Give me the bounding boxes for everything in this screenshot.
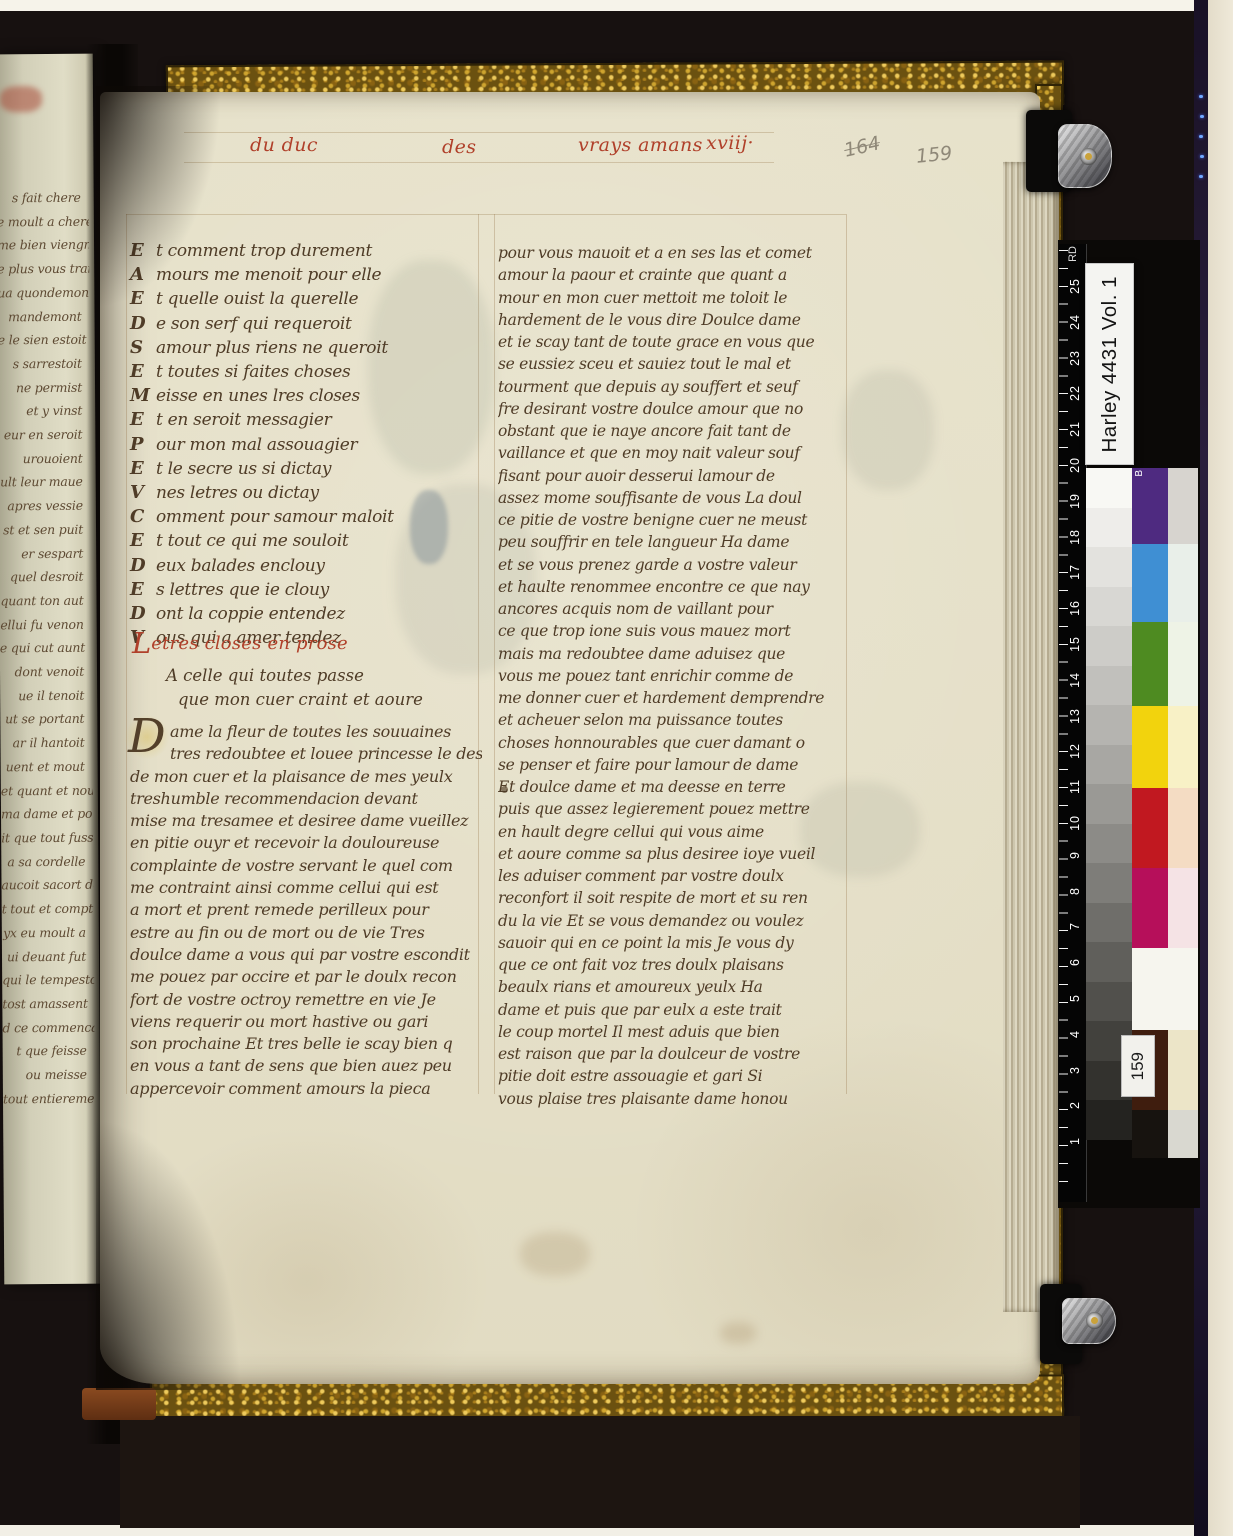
drop-cap: D <box>124 715 170 759</box>
clip-head-bottom <box>1062 1298 1116 1344</box>
prose-line: tres redoubtee et louee princesse le des… <box>130 743 482 765</box>
prose-line: fort de vostre octroy remettre en vie Je <box>130 989 482 1011</box>
ruler-number: 19 <box>1068 493 1082 509</box>
prose-line: ce pitie de vostre benigne cuer ne meust <box>498 509 850 531</box>
tint-patch-blue <box>1168 544 1198 622</box>
fragment-line: uent et mout <box>1 755 93 779</box>
prose-line: pitie doit estre assouagie et gari Si <box>498 1065 850 1087</box>
verso-text-fragments: s fait cheree moult a chereme bien vieng… <box>0 186 95 1111</box>
fragment-line: ou meisse <box>3 1063 95 1087</box>
stain <box>720 1322 756 1344</box>
ruler-number: 8 <box>1068 887 1082 895</box>
prose-line: en vous a tant de sens que bien auez peu <box>130 1055 482 1077</box>
ruler-number: 22 <box>1068 385 1082 401</box>
fragment-line: ui deuant fut <box>2 944 94 968</box>
tint-patch-magenta <box>1168 868 1198 948</box>
tint-patch-white <box>1168 948 1198 1030</box>
prose-line: treshumble recommendacion devant <box>130 788 482 810</box>
ruler-number: 5 <box>1068 994 1082 1002</box>
prose-right-block: pour vous mauoit et a en ses las et come… <box>498 242 850 1110</box>
grayscale-step <box>1086 626 1132 666</box>
grayscale-step <box>1086 666 1132 706</box>
ruler-number: 21 <box>1068 421 1082 437</box>
fragment-line: s fait chere <box>0 186 89 210</box>
fragment-line: ult leur maue <box>0 470 91 494</box>
prose-line: hardement de le vous dire Doulce dame <box>498 309 850 331</box>
fragment-line: yx eu moult a <box>2 920 94 944</box>
prose-line: peu souffrir en tele langueur Ha dame <box>498 531 850 553</box>
stain <box>842 370 934 490</box>
color-patch-yellow <box>1132 706 1168 788</box>
rubric: Letres closes en prose <box>132 633 348 654</box>
prose-line: complainte de vostre servant le quel com <box>130 855 482 877</box>
prose-left-block: D ame la fleur de toutes les souuainestr… <box>130 721 482 1100</box>
fragment-line: ue il tenoit <box>0 683 92 707</box>
folio-number-crossed-out: 164 <box>842 132 882 162</box>
shelfmark-text: Harley 4431 Vol. 1 <box>1098 276 1122 453</box>
prose-line: viens requerir ou mort hastive ou gari <box>130 1011 482 1033</box>
tint-patch-black <box>1168 1110 1198 1158</box>
prose-line: dame et puis que par eulx a este trait <box>498 999 850 1021</box>
tint-patch-brown <box>1168 1030 1198 1110</box>
gutter-corner-shadow-top <box>96 86 226 316</box>
verse-initial: C <box>130 505 156 528</box>
ruler-number: 25 <box>1068 278 1082 294</box>
color-patch-green <box>1132 622 1168 706</box>
prose-line: le coup mortel Il mest aduis que bien <box>498 1021 850 1043</box>
verse-initial: P <box>130 433 156 456</box>
photo-border-right <box>1208 0 1233 1536</box>
ruler-number: 15 <box>1068 636 1082 652</box>
fragment-line: s sarrestoit <box>0 352 90 376</box>
color-patch-black <box>1132 1110 1168 1158</box>
prose-line: se eussiez sceu et sauiez tout le mal et <box>498 353 850 375</box>
grayscale-step <box>1086 1100 1132 1140</box>
verse-line: Samour plus riens ne queroit <box>130 336 480 360</box>
verse-initial: V <box>130 481 156 504</box>
tint-patch-green <box>1168 622 1198 706</box>
ruler-reflection-dot <box>1199 175 1203 178</box>
fragment-line: qui le tempestoit <box>2 968 94 992</box>
prose-line: fisant pour auoir desserui lamour de <box>498 465 850 487</box>
verse-initial: E <box>130 578 156 601</box>
fragment-line: e plus vous traisne <box>0 257 89 281</box>
ruler-number: 4 <box>1068 1030 1082 1038</box>
color-patch-magenta <box>1132 868 1168 948</box>
ruler-number: 17 <box>1068 564 1082 580</box>
grayscale-step <box>1086 468 1132 508</box>
fragment-line: a sa cordelle <box>1 849 93 873</box>
verse-text: amour plus riens ne queroit <box>156 338 388 358</box>
fragment-line: d ce commenca <box>2 1015 94 1039</box>
rubric-text: etres closes en prose <box>151 633 348 654</box>
fragment-line: it que tout fussent <box>1 826 93 850</box>
prose-line: choses honnourables que cuer damant o <box>498 732 850 754</box>
grayscale-step <box>1086 705 1132 745</box>
prose-line: et ie scay tant de toute grace en vous q… <box>498 331 850 353</box>
verse-text: ont la coppie entendez <box>156 604 345 624</box>
ruler-number: 10 <box>1068 815 1082 831</box>
fragment-line: tost amassent <box>2 992 94 1016</box>
page-fore-edge-stack <box>1003 162 1059 1312</box>
leather-corner <box>82 1388 156 1420</box>
verse-initial: E <box>130 408 156 431</box>
prose-line: Et doulce dame et ma deesse en terre <box>498 776 850 798</box>
grayscale-step <box>1086 784 1132 824</box>
verse-text: omment pour samour maloit <box>156 507 394 527</box>
fragment-line: apres vessie <box>0 494 91 518</box>
ruler-number: 3 <box>1068 1066 1082 1074</box>
grayscale-step <box>1086 863 1132 903</box>
folio-sticker-text: 159 <box>1128 1052 1148 1080</box>
verse-initial: E <box>130 457 156 480</box>
fragment-line: et quant et nou <box>1 778 93 802</box>
fragment-line: ma dame et por <box>1 802 93 826</box>
prose-line: fre desirant vostre doulce amour que no <box>498 398 850 420</box>
ruler-number: 13 <box>1068 708 1082 724</box>
salutation-line-1: A celle qui toutes passe <box>166 664 423 688</box>
verse-line: Pour mon mal assouagier <box>130 433 480 457</box>
ruler-reflection-dot <box>1200 155 1204 158</box>
prose-line: se penser et faire pour lamour de dame <box>498 754 850 776</box>
fragment-line: quel desroit <box>0 565 91 589</box>
fragment-line: ellui fu venon <box>0 612 92 636</box>
clip-head-top <box>1058 124 1112 188</box>
fragment-line: ne permist <box>0 375 90 399</box>
prose-line: que ce ont fait voz tres doulx plaisans <box>498 954 850 976</box>
prose-line: et acheuer selon ma puissance toutes <box>498 709 850 731</box>
fragment-line: t tout et compt <box>2 897 94 921</box>
verse-line: Es lettres que ie clouy <box>130 578 480 602</box>
photo-border-top <box>0 0 1233 11</box>
salutation-line-2: que mon cuer craint et aoure <box>166 688 423 712</box>
verse-text: t le secre us si dictay <box>156 459 331 479</box>
grayscale-step <box>1086 745 1132 785</box>
prose-left-lines: ame la fleur de toutes les souuainestres… <box>130 721 482 1100</box>
prose-line: reconfort il soit respite de mort et su … <box>498 887 850 909</box>
running-title-chapter-number: xviij· <box>706 132 754 154</box>
verse-initial: D <box>130 602 156 625</box>
fragment-line: ua quondemont <box>0 281 89 305</box>
prose-line: vous me pouez tant enrichir comme de <box>498 665 850 687</box>
tint-patch-purple <box>1168 468 1198 544</box>
verse-line: Et le secre us si dictay <box>130 457 480 481</box>
tint-patch-red <box>1168 788 1198 868</box>
verse-text: eux balades enclouy <box>156 556 325 576</box>
manuscript-photo: s fait cheree moult a chereme bien vieng… <box>0 0 1233 1536</box>
prose-line: sauoir qui en ce point la mis Je vous dy <box>498 932 850 954</box>
fragment-line: mandemont <box>0 304 90 328</box>
verse-text: nes letres ou dictay <box>156 483 319 503</box>
running-title-des: des <box>442 136 476 158</box>
verse-text: t tout ce qui me souloit <box>156 531 348 551</box>
ruler-number: 9 <box>1068 851 1082 859</box>
prose-line: beaulx rians et amoureux yeulx Ha <box>498 976 850 998</box>
fragment-line: ut se portant <box>0 707 92 731</box>
prose-line: du la vie Et se vous demandez ou voulez <box>498 910 850 932</box>
grayscale-step <box>1086 824 1132 864</box>
ruler-number: 16 <box>1068 600 1082 616</box>
prose-line: me contraint ainsi comme cellui qui est <box>130 877 482 899</box>
verse-initial: S <box>130 336 156 359</box>
fragment-line: ar il hantoit <box>0 731 92 755</box>
grayscale-step <box>1086 982 1132 1022</box>
ruler-reflection-dot <box>1199 95 1203 98</box>
prose-line: me donner cuer et hardement demprendre <box>498 687 850 709</box>
verse-line: Meisse en unes lres closes <box>130 384 480 408</box>
ruling-line <box>126 214 127 1094</box>
verse-text: s lettres que ie clouy <box>156 580 329 600</box>
prose-line: mour en mon cuer mettoit me toloit le <box>498 287 850 309</box>
fragment-line: et y vinst <box>0 399 90 423</box>
prose-line: ancores acquis nom de vaillant pour <box>498 598 850 620</box>
fragment-line: me bien viengne <box>0 233 89 257</box>
clip-screw <box>1086 1312 1103 1329</box>
clip-screw <box>1080 148 1097 165</box>
fragment-line: e moult a chere <box>0 209 89 233</box>
fragment-line: st et sen puit <box>0 518 91 542</box>
verse-line: Et en seroit messagier <box>130 408 480 432</box>
verse-initial: D <box>130 554 156 577</box>
prose-line: vous plaise tres plaisante dame honou <box>498 1088 850 1110</box>
prose-line: et haulte renommee encontre ce que nay <box>498 576 850 598</box>
ruler-number: 23 <box>1068 350 1082 366</box>
prose-line: amour la paour et crainte que quant a <box>498 264 850 286</box>
prose-line: de mon cuer et la plaisance de mes yeulx <box>130 766 482 788</box>
ruling-line <box>184 132 774 133</box>
prose-line: obstant que ie naye ancore fait tant de <box>498 420 850 442</box>
folio-number: 159 <box>915 142 953 168</box>
verse-text: e son serf qui requeroit <box>156 314 352 334</box>
prose-line: et se vous prenez garde a vostre valeur <box>498 554 850 576</box>
ruler-number: 18 <box>1068 529 1082 545</box>
prose-line: doulce dame a vous qui par vostre escond… <box>130 944 482 966</box>
prose-line: mise ma tresamee et desiree dame vueille… <box>130 810 482 832</box>
rubric-initial: L <box>132 626 151 660</box>
ruler-number: 1 <box>1068 1137 1082 1145</box>
fragment-line: t que feisse <box>3 1039 95 1063</box>
verse-line: Et tout ce qui me souloit <box>130 529 480 553</box>
fragment-line: e qui cut aunt <box>0 636 92 660</box>
fragment-line: eur en seroit <box>0 423 90 447</box>
folio-sticker: 159 <box>1122 1036 1154 1096</box>
prose-line: vaillance et que en moy nait valeur souf <box>498 442 850 464</box>
running-title-vrays-amans: vrays amans <box>578 134 703 156</box>
grayscale-step <box>1086 508 1132 548</box>
prose-line: ame la fleur de toutes les souuaines <box>130 721 482 743</box>
fragment-line: aucoit sacort delle <box>1 873 93 897</box>
verse-line: Vnes letres ou dictay <box>130 481 480 505</box>
calibration-ruler: RD 2524232221201918171615141312111098765… <box>1059 244 1087 1202</box>
color-patch-purple <box>1132 468 1168 544</box>
prose-line: puis que assez legierement pouez mettre <box>498 798 850 820</box>
verse-initial: E <box>130 529 156 552</box>
grayscale-step <box>1086 942 1132 982</box>
gutter-corner-shadow-bottom <box>96 1110 246 1390</box>
verse-text: t toutes si faites choses <box>156 362 350 382</box>
verse-initial: M <box>130 384 156 407</box>
verse-line: Dont la coppie entendez <box>130 602 480 626</box>
prose-line: pour vous mauoit et a en ses las et come… <box>498 242 850 264</box>
prose-line: tourment que depuis ay souffert et seuf <box>498 376 850 398</box>
prose-right-lines: pour vous mauoit et a en ses las et come… <box>498 242 850 1110</box>
verse-text: eisse en unes lres closes <box>156 386 360 406</box>
letter-salutation: A celle qui toutes passe que mon cuer cr… <box>166 664 423 712</box>
ruler-number: 7 <box>1068 922 1082 930</box>
fragment-line: e le sien estoit <box>0 328 90 352</box>
ruler-number: 6 <box>1068 958 1082 966</box>
prose-line: estre au fin ou de mort ou de vie Tres <box>130 922 482 944</box>
ruler-number: 14 <box>1068 672 1082 688</box>
verse-line: Comment pour samour maloit <box>130 505 480 529</box>
ruling-line <box>184 162 774 163</box>
ruler-header: RD <box>1067 246 1079 262</box>
fragment-line: dont venoit <box>0 660 92 684</box>
ruler-number: 20 <box>1068 457 1082 473</box>
prose-line: son prochaine Et tres belle ie scay bien… <box>130 1033 482 1055</box>
ruler-number: 2 <box>1068 1101 1082 1109</box>
color-patch-blue <box>1132 544 1168 622</box>
prose-line: est raison que par la doulceur de vostre <box>498 1043 850 1065</box>
grayscale-step <box>1086 587 1132 627</box>
verse-initial: E <box>130 360 156 383</box>
prose-line: les aduiser comment par vostre doulx <box>498 865 850 887</box>
column-letter: B <box>1134 470 1145 477</box>
prose-line: me pouez par occire et par le doulx reco… <box>130 966 482 988</box>
binding-fabric <box>120 1416 1080 1528</box>
grayscale-step <box>1086 547 1132 587</box>
ruler-number: 11 <box>1068 779 1082 794</box>
color-patch-red <box>1132 788 1168 868</box>
ruling-line <box>126 214 846 215</box>
prose-line: en hault degre cellui qui vous aime <box>498 821 850 843</box>
shelfmark-label: Harley 4431 Vol. 1 <box>1086 264 1133 464</box>
prose-line: assez mome souffisante de vous La doul <box>498 487 850 509</box>
running-title-du-duc: du duc <box>250 134 318 156</box>
ruler-reflection-dot <box>1200 115 1204 118</box>
verso-rubric-smudge <box>0 86 42 112</box>
verse-text: t en seroit messagier <box>156 410 331 430</box>
prose-line: appercevoir comment amours la pieca <box>130 1078 482 1100</box>
fragment-line: urouoient <box>0 446 91 470</box>
prose-line: mais ma redoubtee dame aduisez que <box>498 643 850 665</box>
ruler-number: 24 <box>1068 314 1082 330</box>
tint-patch-yellow <box>1168 706 1198 788</box>
verse-line: Et toutes si faites choses <box>130 360 480 384</box>
grayscale-step <box>1086 903 1132 943</box>
prose-line: ce que trop ione suis vous mauez mort <box>498 620 850 642</box>
verse-line: Deux balades enclouy <box>130 554 480 578</box>
fragment-line: er sespart <box>0 541 91 565</box>
ruler-number: 12 <box>1068 743 1082 759</box>
fragment-line: quant ton aut <box>0 589 92 613</box>
prose-line: en pitie ouyr et recevoir la douloureuse <box>130 832 482 854</box>
stain <box>520 1232 590 1276</box>
fragment-line: tout entierement <box>3 1086 95 1110</box>
tint-patch-column <box>1168 468 1198 1158</box>
prose-line: a mort et prent remede perilleux pour <box>130 899 482 921</box>
ruler-reflection-dot <box>1199 135 1203 138</box>
verse-text: our mon mal assouagier <box>156 435 357 455</box>
prose-line: et aoure comme sa plus desiree ioye vuei… <box>498 843 850 865</box>
